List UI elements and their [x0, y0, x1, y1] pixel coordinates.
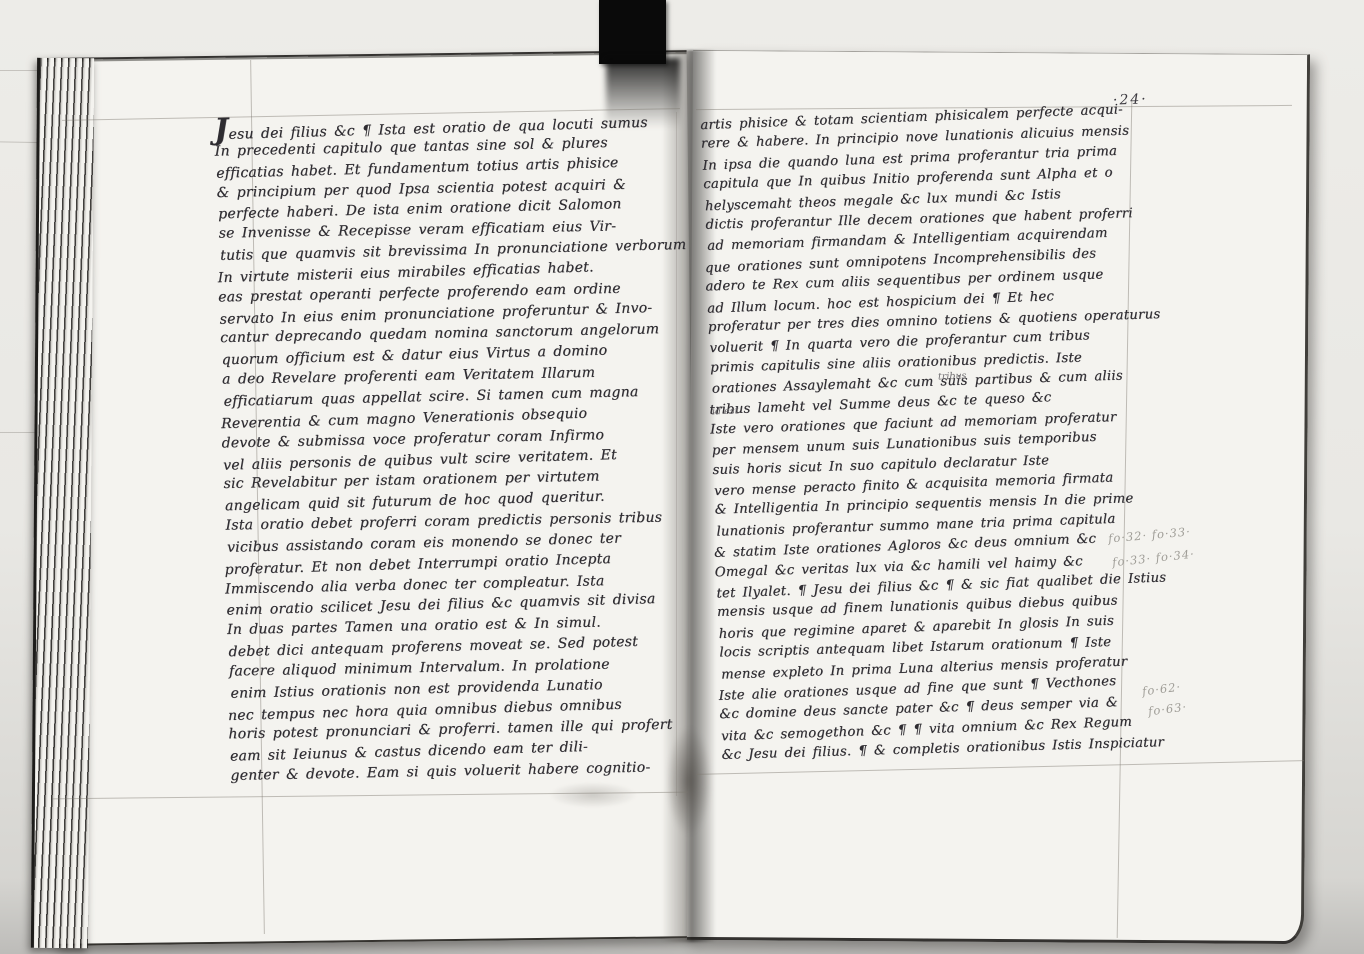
left-page-text: Jesu dei filius &c ¶ Ista est oratio de … [214, 110, 702, 788]
leaf-edge-stack [31, 58, 94, 948]
page-stain [548, 782, 638, 808]
ribbon-bookmark [599, 0, 666, 64]
right-page-text: artis phisice & totam scientiam phisical… [700, 101, 1159, 767]
interlinear-note: id est [712, 406, 739, 418]
interlinear-note: tribus [938, 371, 967, 383]
manuscript-photo: ·24· Jesu dei filius &c ¶ Ista est orati… [0, 0, 1364, 954]
